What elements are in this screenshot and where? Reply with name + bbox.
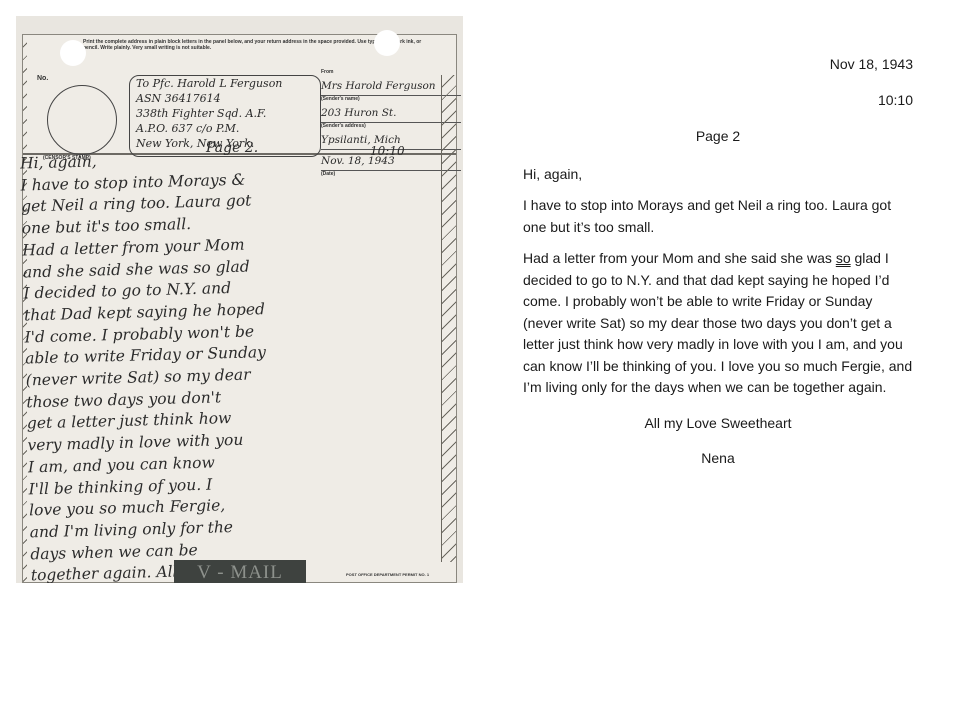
to-line: A.P.O. 637 c/o P.M.	[130, 121, 320, 136]
sender-address: 203 Huron St.	[321, 102, 461, 123]
vmail-scan-image: Print the complete address in plain bloc…	[16, 16, 463, 583]
paragraph-2-rest: glad I decided to go to N.Y. and that da…	[523, 250, 912, 395]
emphasized-word: so	[836, 250, 851, 266]
punch-hole	[60, 40, 86, 66]
sender-name: Mrs Harold Ferguson	[321, 75, 461, 96]
censor-stamp-circle	[47, 85, 117, 155]
paragraph-2-start: Had a letter from your Mom and she said …	[523, 250, 836, 266]
paragraph-1: I have to stop into Morays and get Neil …	[523, 195, 913, 238]
greeting: Hi, again,	[523, 164, 913, 186]
handwritten-letter-body: Hi, again, I have to stop into Morays & …	[20, 143, 447, 583]
number-label: No.	[37, 75, 48, 82]
letter-date: Nov 18, 1943	[523, 54, 913, 76]
signature: Nena	[523, 448, 913, 470]
paragraph-2: Had a letter from your Mom and she said …	[523, 248, 913, 399]
to-line: 338th Fighter Sqd. A.F.	[130, 106, 320, 121]
permit-label: POST OFFICE DEPARTMENT PERMIT NO. 1	[346, 572, 429, 577]
letter-transcription: Nov 18, 1943 10:10 Page 2 Hi, again, I h…	[523, 52, 913, 470]
punch-hole	[374, 30, 400, 56]
to-line: ASN 36417614	[130, 91, 320, 106]
to-line: To Pfc. Harold L Ferguson	[130, 76, 320, 91]
vmail-stamp: V - MAIL	[174, 560, 306, 583]
page-number: Page 2	[523, 126, 913, 148]
closing: All my Love Sweetheart	[523, 413, 913, 435]
letter-time: 10:10	[523, 90, 913, 112]
